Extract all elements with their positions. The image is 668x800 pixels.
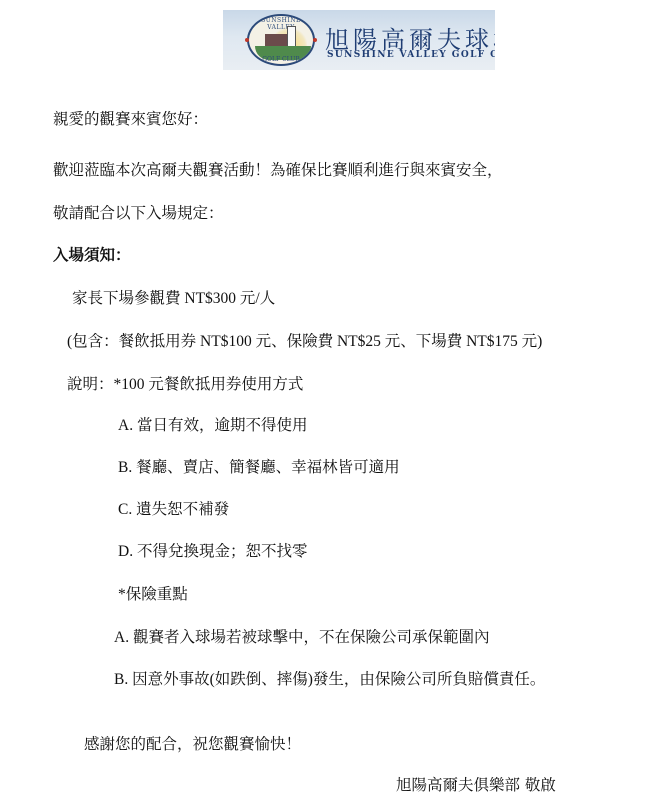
voucher-rule-c: C. 遺失恕不補發 [118,497,229,519]
emblem-bottom-text: GOLF CLUB [249,56,313,63]
intro-line-2: 敬請配合以下入場規定： [53,201,224,223]
insurance-rule-b: B. 因意外事故(如跌倒、摔傷)發生，由保險公司所負賠償責任。 [114,667,545,689]
intro-line-1: 歡迎蒞臨本次高爾夫觀賽活動！為確保比賽順利進行與來賓安全， [53,158,503,180]
signature: 旭陽高爾夫俱樂部 敬啟 [396,773,556,795]
club-name-english: SUNSHINE VALLEY GOLF CLUB [327,50,495,60]
voucher-rule-b: B. 餐廳、賣店、簡餐廳、幸福林皆可適用 [118,455,400,477]
insurance-title: *保險重點 [118,582,188,604]
includes-line: (包含：餐飲抵用券 NT$100 元、保險費 NT$25 元、下場費 NT$17… [67,329,542,351]
closing-line: 感謝您的配合，祝您觀賽愉快！ [84,732,301,754]
insurance-rule-a: A. 觀賽者入球場若被球擊中，不在保險公司承保範圍內 [114,625,489,647]
fee-line: 家長下場參觀費 NT$300 元/人 [72,286,275,308]
note-title: 說明：*100 元餐飲抵用券使用方式 [67,372,303,394]
club-logo-banner: SUNSHINE VALLEY GOLF CLUB 旭陽高爾夫球場 SUNSHI… [223,10,495,70]
golf-club-emblem-icon: SUNSHINE VALLEY GOLF CLUB [247,14,315,66]
voucher-rule-d: D. 不得兌換現金；恕不找零 [118,539,307,561]
voucher-rule-a: A. 當日有效，逾期不得使用 [118,413,307,435]
section-title: 入場須知： [53,243,131,265]
greeting: 親愛的觀賽來賓您好： [53,107,208,129]
